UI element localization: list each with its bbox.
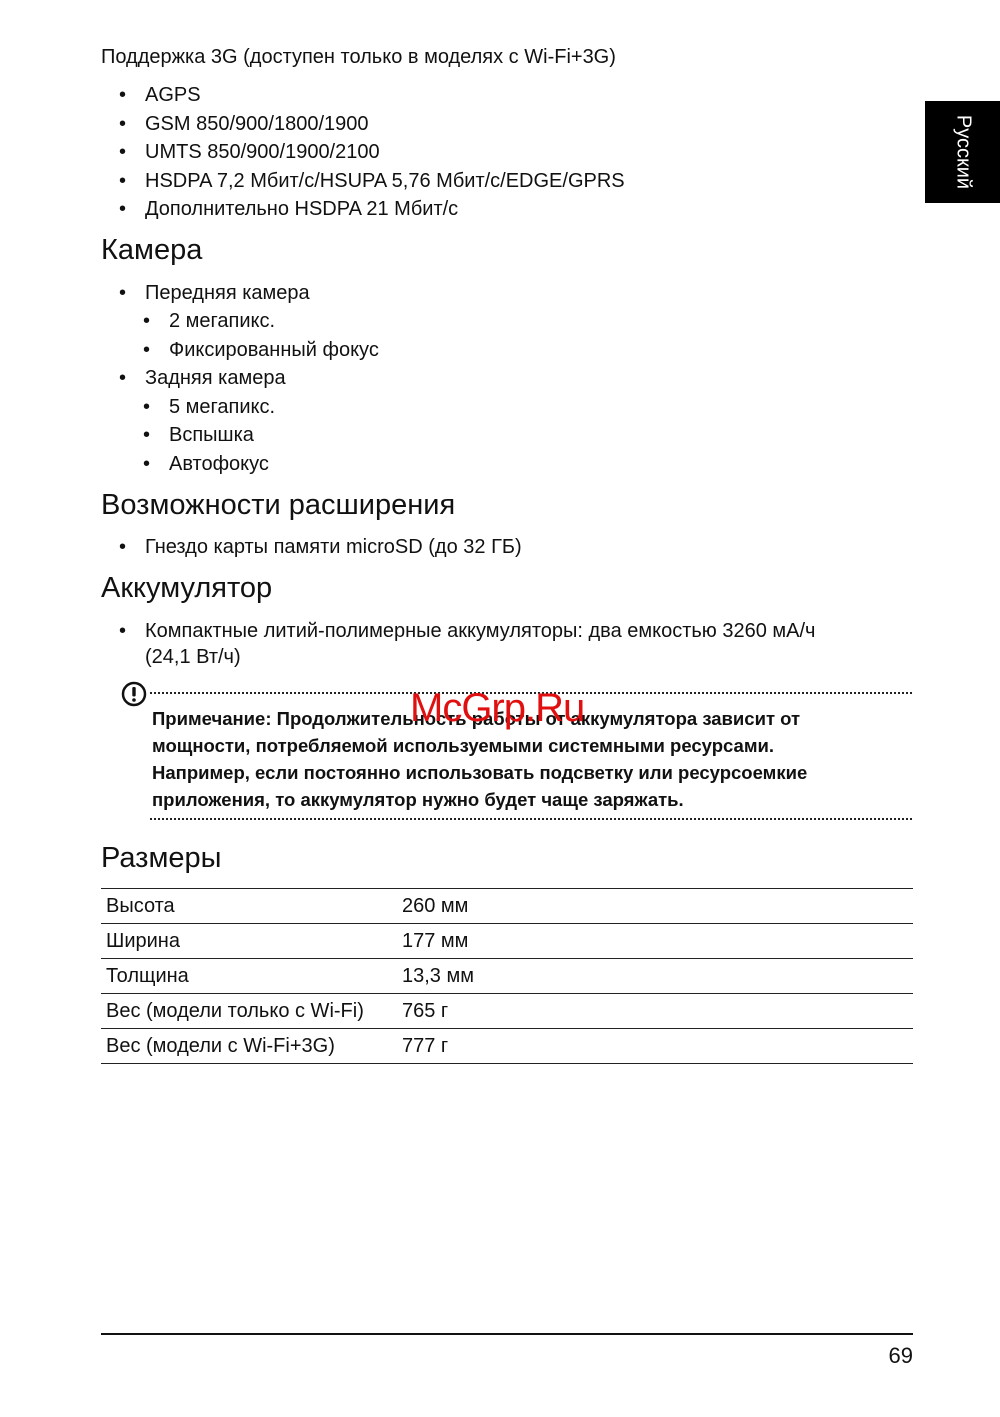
watermark: McGrp.Ru [410, 686, 584, 731]
expansion-heading: Возможности расширения [101, 488, 455, 522]
battery-heading: Аккумулятор [101, 571, 272, 605]
dimensions-heading: Размеры [101, 841, 222, 875]
list-item-continuation: (24,1 Вт/ч) [145, 645, 241, 669]
support3g-title: Поддержка 3G (доступен только в моделях … [101, 45, 616, 69]
language-tab: Русский [925, 101, 1000, 203]
dimensions-table: Высота260 мм Ширина177 мм Толщина13,3 мм… [101, 888, 913, 1064]
footer-divider [101, 1333, 913, 1335]
page-number: 69 [889, 1343, 913, 1369]
language-tab-label: Русский [951, 115, 974, 189]
camera-heading: Камера [101, 233, 202, 267]
table-row: Вес (модели с Wi-Fi+3G)777 г [101, 1029, 913, 1064]
table-row: Толщина13,3 мм [101, 959, 913, 994]
table-row: Вес (модели только с Wi-Fi)765 г [101, 994, 913, 1029]
table-row: Ширина177 мм [101, 924, 913, 959]
note-bottom-divider [150, 818, 912, 820]
exclamation-circle-icon [121, 681, 147, 707]
table-row: Высота260 мм [101, 889, 913, 924]
